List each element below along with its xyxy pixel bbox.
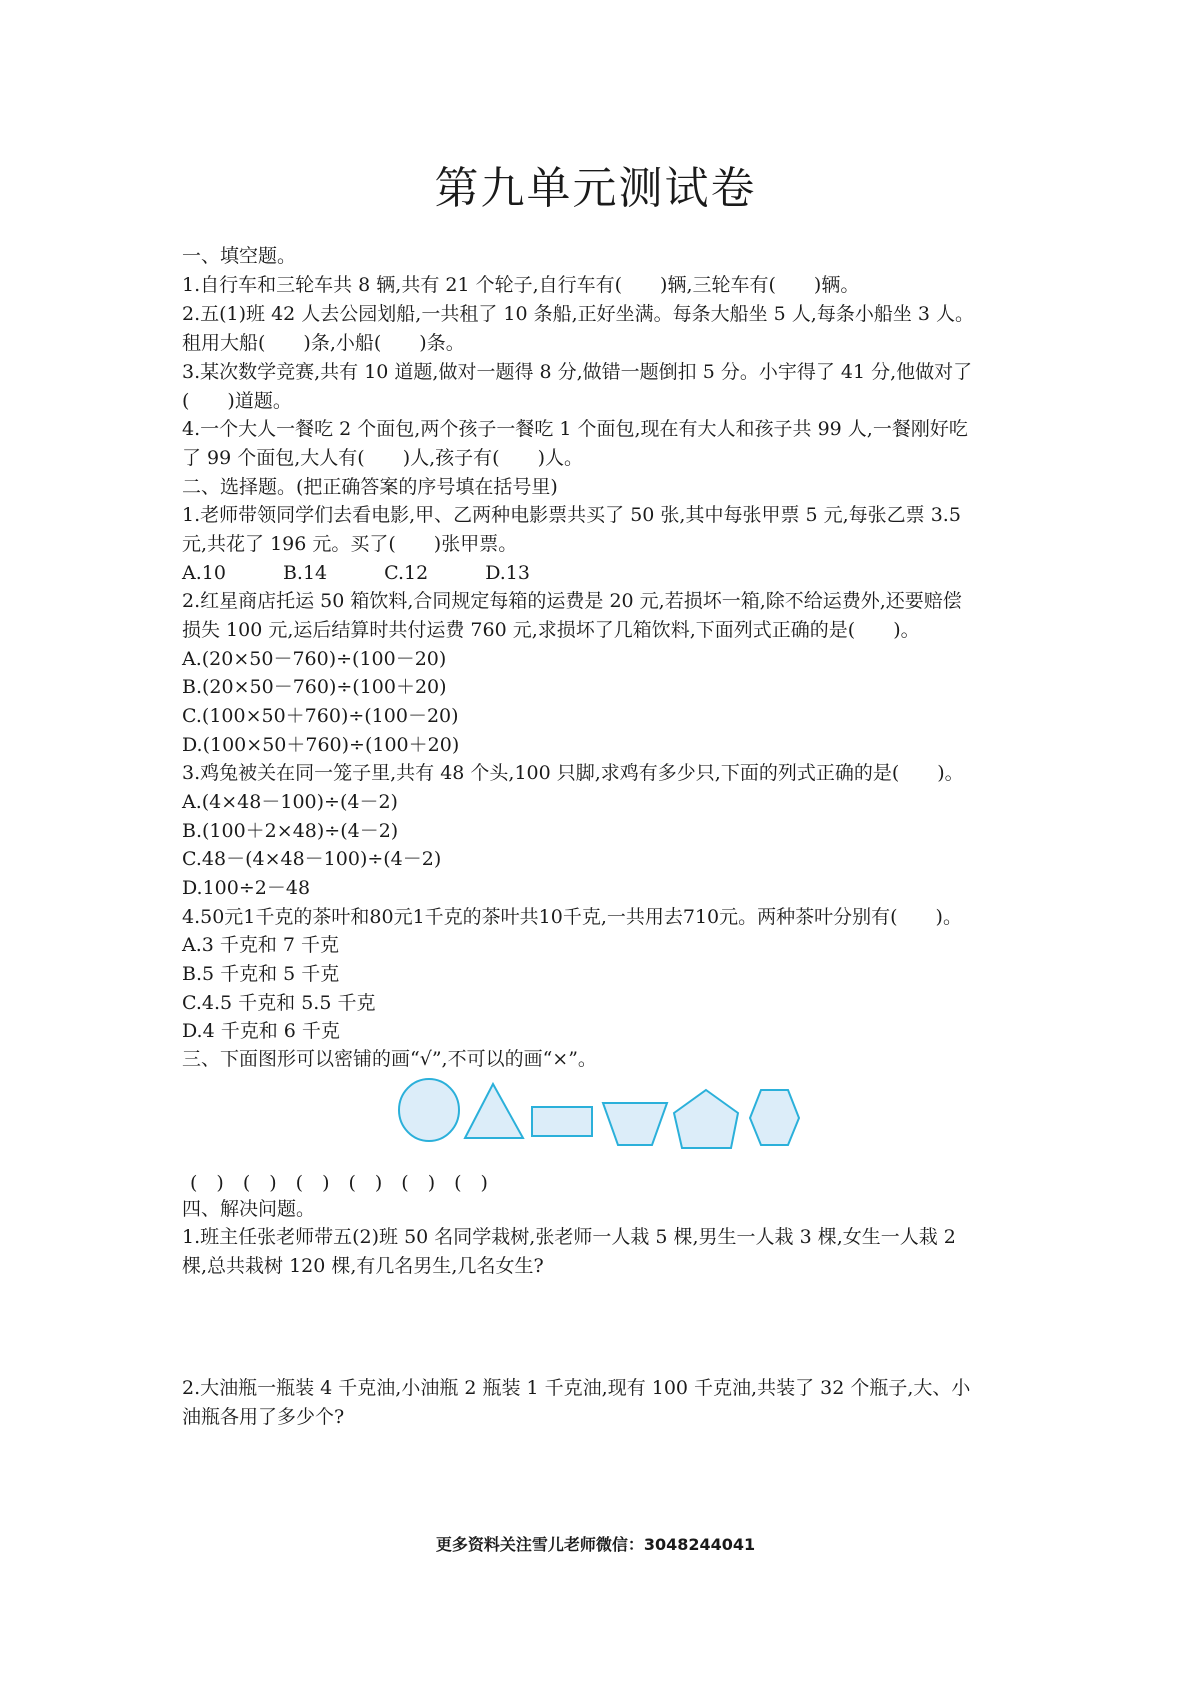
question-line: 2.大油瓶一瓶装 4 千克油,小油瓶 2 瓶装 1 千克油,现有 100 千克油… — [182, 1375, 970, 1401]
section-heading-problem-solving: 四、解决问题。 — [182, 1196, 315, 1222]
rectangle-icon — [532, 1107, 592, 1136]
question-line: 1.班主任张老师带五(2)班 50 名同学栽树,张老师一人栽 5 棵,男生一人栽… — [182, 1224, 956, 1250]
question-line: 4.一个大人一餐吃 2 个面包,两个孩子一餐吃 1 个面包,现在有大人和孩子共 … — [182, 416, 968, 442]
question-line: 2.红星商店托运 50 箱饮料,合同规定每箱的运费是 20 元,若损坏一箱,除不… — [182, 588, 962, 614]
question-line: 租用大船( )条,小船( )条。 — [182, 330, 465, 356]
hexagon-icon — [750, 1090, 799, 1145]
question-line: ( )道题。 — [182, 388, 292, 414]
option-line: B.5 千克和 5 千克 — [182, 961, 339, 987]
section-heading-fill-blank: 一、填空题。 — [182, 243, 296, 269]
question-line: 1.自行车和三轮车共 8 辆,共有 21 个轮子,自行车有( )辆,三轮车有( … — [182, 272, 859, 298]
option-line: B.(100＋2×48)÷(4－2) — [182, 818, 398, 844]
option-line: A.10 B.14 C.12 D.13 — [182, 560, 530, 586]
option-line: D.(100×50＋760)÷(100＋20) — [182, 732, 459, 758]
option-line: A.(4×48－100)÷(4－2) — [182, 789, 398, 815]
option-line: C.(100×50＋760)÷(100－20) — [182, 703, 459, 729]
option-line: C.48－(4×48－100)÷(4－2) — [182, 846, 441, 872]
question-line: 元,共花了 196 元。买了( )张甲票。 — [182, 531, 517, 557]
footer-contact: 更多资料关注雪儿老师微信：3048244041 — [0, 1532, 1191, 1555]
section-heading-multiple-choice: 二、选择题。(把正确答案的序号填在括号里) — [182, 474, 558, 500]
triangle-icon — [465, 1084, 523, 1138]
option-line: B.(20×50－760)÷(100＋20) — [182, 674, 447, 700]
tessellation-answer-blanks[interactable]: ( ) ( ) ( ) ( ) ( ) ( ) — [190, 1168, 488, 1195]
tessellation-shapes — [395, 1072, 805, 1152]
circle-icon — [399, 1079, 459, 1141]
option-line: A.3 千克和 7 千克 — [182, 932, 339, 958]
question-line: 2.五(1)班 42 人去公园划船,一共租了 10 条船,正好坐满。每条大船坐 … — [182, 301, 974, 327]
pentagon-icon — [674, 1090, 738, 1148]
option-line: C.4.5 千克和 5.5 千克 — [182, 990, 375, 1016]
section-heading-tessellation: 三、下面图形可以密铺的画“√”,不可以的画“×”。 — [182, 1046, 597, 1072]
page-title: 第九单元测试卷 — [0, 152, 1191, 216]
option-line: D.4 千克和 6 千克 — [182, 1018, 340, 1044]
question-line: 损失 100 元,运后结算时共付运费 760 元,求损坏了几箱饮料,下面列式正确… — [182, 617, 920, 643]
question-line: 4.50元1千克的茶叶和80元1千克的茶叶共10千克,一共用去710元。两种茶叶… — [182, 904, 962, 930]
question-line: 棵,总共栽树 120 棵,有几名男生,几名女生? — [182, 1253, 544, 1279]
question-line: 油瓶各用了多少个? — [182, 1404, 344, 1430]
trapezoid-icon — [603, 1103, 667, 1145]
question-line: 了 99 个面包,大人有( )人,孩子有( )人。 — [182, 445, 583, 471]
option-line: D.100÷2－48 — [182, 875, 310, 901]
question-line: 3.鸡兔被关在同一笼子里,共有 48 个头,100 只脚,求鸡有多少只,下面的列… — [182, 760, 964, 786]
option-line: A.(20×50－760)÷(100－20) — [182, 646, 446, 672]
question-line: 1.老师带领同学们去看电影,甲、乙两种电影票共买了 50 张,其中每张甲票 5 … — [182, 502, 961, 528]
question-line: 3.某次数学竞赛,共有 10 道题,做对一题得 8 分,做错一题倒扣 5 分。小… — [182, 359, 972, 385]
